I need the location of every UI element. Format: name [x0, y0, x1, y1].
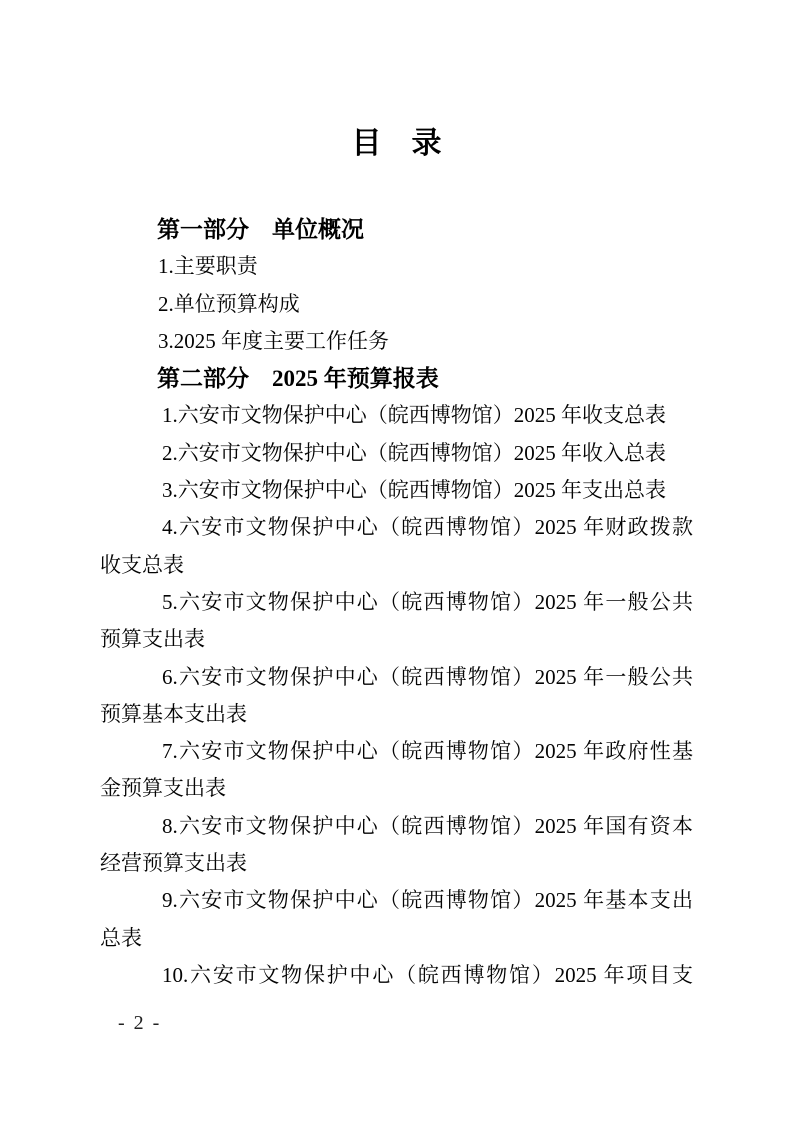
table-of-contents: 第一部分 单位概况1.主要职责2.单位预算构成3.2025 年度主要工作任务第二…: [100, 211, 693, 994]
toc-entry: 3.2025 年度主要工作任务: [100, 323, 693, 360]
toc-entry-continuation: 金预算支出表: [100, 770, 693, 807]
toc-entry: 1.六安市文物保护中心（皖西博物馆）2025 年收支总表: [100, 397, 693, 434]
toc-entry: 2.六安市文物保护中心（皖西博物馆）2025 年收入总表: [100, 435, 693, 472]
document-page: 目 录 第一部分 单位概况1.主要职责2.单位预算构成3.2025 年度主要工作…: [0, 0, 793, 1122]
toc-entry-continuation: 收支总表: [100, 547, 693, 584]
toc-entry: 1.主要职责: [100, 248, 693, 285]
toc-entry-continuation: 总表: [100, 920, 693, 957]
page-content: 目 录 第一部分 单位概况1.主要职责2.单位预算构成3.2025 年度主要工作…: [100, 0, 693, 994]
page-title: 目 录: [100, 126, 693, 162]
toc-entry: 7.六安市文物保护中心（皖西博物馆）2025 年政府性基: [100, 733, 693, 770]
page-number: - 2 -: [118, 1012, 161, 1035]
toc-entry: 3.六安市文物保护中心（皖西博物馆）2025 年支出总表: [100, 472, 693, 509]
toc-entry-continuation: 预算支出表: [100, 621, 693, 658]
toc-entry: 9.六安市文物保护中心（皖西博物馆）2025 年基本支出: [100, 882, 693, 919]
toc-entry: 10.六安市文物保护中心（皖西博物馆）2025 年项目支: [100, 957, 693, 994]
toc-entry: 4.六安市文物保护中心（皖西博物馆）2025 年财政拨款: [100, 509, 693, 546]
toc-section-heading: 第二部分 2025 年预算报表: [100, 360, 693, 397]
toc-entry: 8.六安市文物保护中心（皖西博物馆）2025 年国有资本: [100, 808, 693, 845]
toc-section-heading: 第一部分 单位概况: [100, 211, 693, 248]
toc-entry: 6.六安市文物保护中心（皖西博物馆）2025 年一般公共: [100, 659, 693, 696]
toc-entry-continuation: 经营预算支出表: [100, 845, 693, 882]
toc-entry-continuation: 预算基本支出表: [100, 696, 693, 733]
toc-entry: 5.六安市文物保护中心（皖西博物馆）2025 年一般公共: [100, 584, 693, 621]
toc-entry: 2.单位预算构成: [100, 286, 693, 323]
